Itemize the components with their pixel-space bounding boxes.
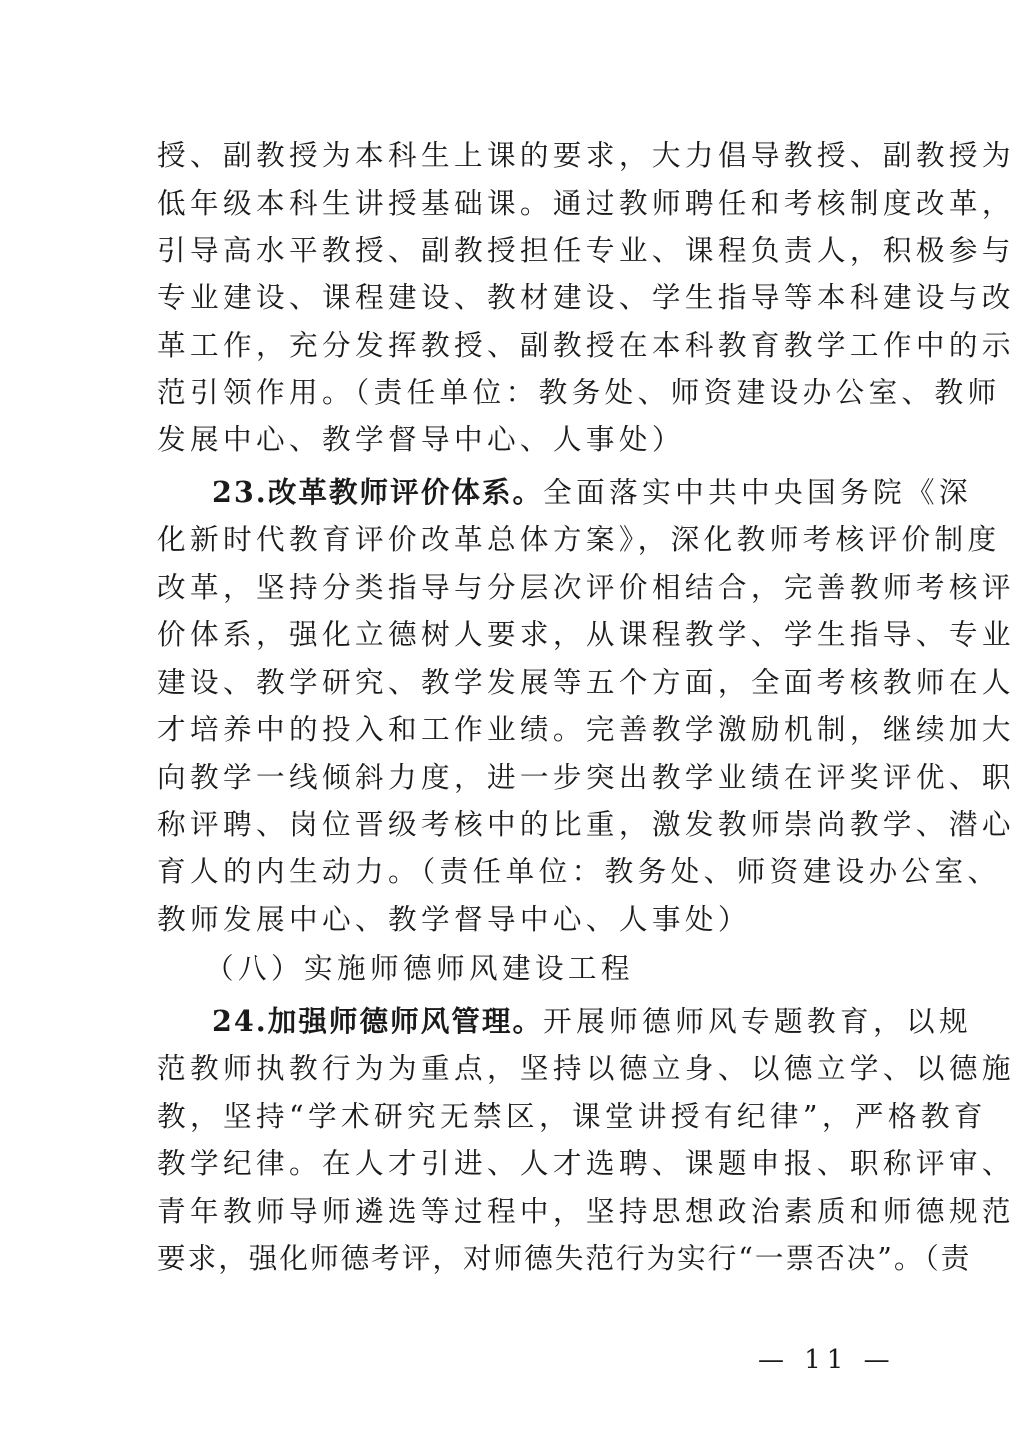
text-line: 青年教师导师遴选等过程中，坚持思想政治素质和师德规范: [157, 1191, 869, 1231]
section-23-first-line: 23.改革教师评价体系。全面落实中共中央国务院《深: [212, 472, 869, 512]
text-line: 才培养中的投入和工作业绩。完善教学激励机制，继续加大: [157, 709, 869, 749]
text-line: 教，坚持“学术研究无禁区，课堂讲授有纪律”，严格教育: [157, 1096, 869, 1136]
text-line: 引导高水平教授、副教授担任专业、课程负责人，积极参与: [157, 230, 869, 270]
section-heading-24: 24.加强师德师风管理。: [212, 1004, 543, 1038]
text-line: 称评聘、岗位晋级考核中的比重，激发教师崇尚教学、潜心: [157, 804, 869, 844]
text-line: 价体系，强化立德树人要求，从课程教学、学生指导、专业: [157, 614, 869, 654]
text-line: 向教学一线倾斜力度，进一步突出教学业绩在评奖评优、职: [157, 757, 869, 797]
text-line: 教师发展中心、教学督导中心、人事处）: [157, 899, 869, 939]
text-line: 低年级本科生讲授基础课。通过教师聘任和考核制度改革，: [157, 183, 869, 223]
subsection-heading-8: （八）实施师德师风建设工程: [205, 948, 862, 988]
section-heading-23: 23.改革教师评价体系。: [212, 475, 543, 509]
text-line: 化新时代教育评价改革总体方案》，深化教师考核评价制度: [157, 519, 869, 559]
text-line: 发展中心、教学督导中心、人事处）: [157, 419, 869, 459]
section-text: 开展师德师风专题教育，以规: [543, 1004, 972, 1038]
text-line: 专业建设、课程建设、教材建设、学生指导等本科建设与改: [157, 277, 869, 317]
document-page: 授、副教授为本科生上课的要求，大力倡导教授、副教授为 低年级本科生讲授基础课。通…: [0, 0, 1024, 1448]
text-line: 建设、教学研究、教学发展等五个方面，全面考核教师在人: [157, 662, 869, 702]
text-line: 范引领作用。（责任单位：教务处、师资建设办公室、教师: [157, 372, 869, 412]
text-line: 范教师执教行为为重点，坚持以德立身、以德立学、以德施: [157, 1048, 869, 1088]
text-line: 教学纪律。在人才引进、人才选聘、课题申报、职称评审、: [157, 1143, 869, 1183]
text-line: 授、副教授为本科生上课的要求，大力倡导教授、副教授为: [157, 135, 869, 175]
text-line: 改革，坚持分类指导与分层次评价相结合，完善教师考核评: [157, 567, 869, 607]
section-text: 全面落实中共中央国务院《深: [543, 475, 972, 509]
section-24-first-line: 24.加强师德师风管理。开展师德师风专题教育，以规: [212, 1001, 869, 1041]
text-line: 革工作，充分发挥教授、副教授在本科教育教学工作中的示: [157, 325, 869, 365]
page-number: — 11 —: [758, 1343, 896, 1377]
text-line: 育人的内生动力。（责任单位：教务处、师资建设办公室、: [157, 851, 869, 891]
text-line: 要求，强化师德考评，对师德失范行为实行“一票否决”。（责: [157, 1238, 869, 1278]
